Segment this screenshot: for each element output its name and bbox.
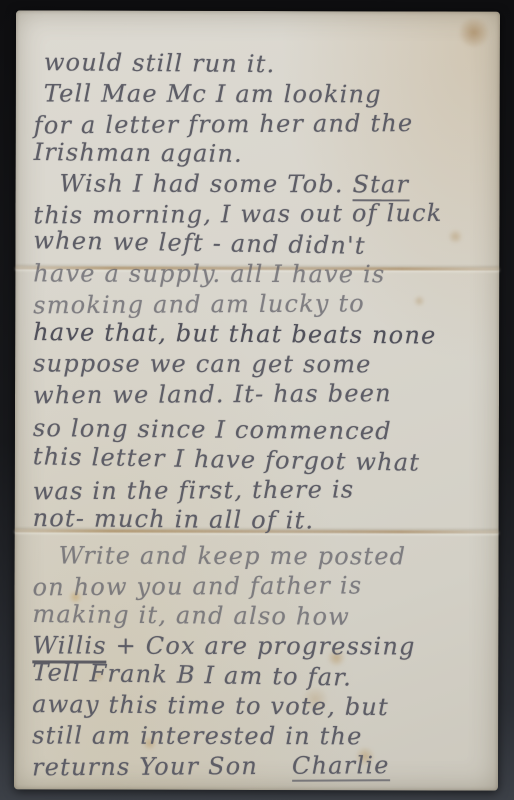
letter-page: would still run it. Tell Mae Mc I am loo… [14,10,500,790]
letter-line: have that, but that beats none [25,317,491,351]
letter-line: was in the first, there is [25,474,491,507]
letter-line: smoking and am lucky to [25,288,491,321]
letter-line: away this time to vote, but [24,689,490,723]
letter-line: Tell Mae Mc I am looking [26,78,492,109]
letter-line: suppose we can get some [25,348,491,379]
letter-line: have a supply. all I have is [25,258,491,289]
letter-line: when we left - and didn't [25,225,491,263]
letter-line: returns Your SonCharlie [24,750,490,783]
letter-line: not- much in all of it. [25,503,491,537]
letter-line: Irishman again. [26,137,492,171]
letter-line: making it, and also how [24,599,490,633]
stain [457,18,491,48]
letter-line: still am interested in the [24,720,490,751]
signature-name: Charlie [292,751,390,782]
letter-line: for a letter from her and the [26,108,492,141]
letter-body: would still run it. Tell Mae Mc I am loo… [24,48,492,781]
letter-line: Wish I had some Tob. Star [26,168,492,199]
letter-line: Willis + Cox are progressing [24,630,490,661]
letter-line: on how you and father is [24,570,490,603]
letter-line: would still run it. [26,47,492,81]
letter-line: Write and keep me posted [25,540,491,571]
underlined-word: Star [352,170,409,201]
letter-line: when we land. It- has been [25,378,491,411]
